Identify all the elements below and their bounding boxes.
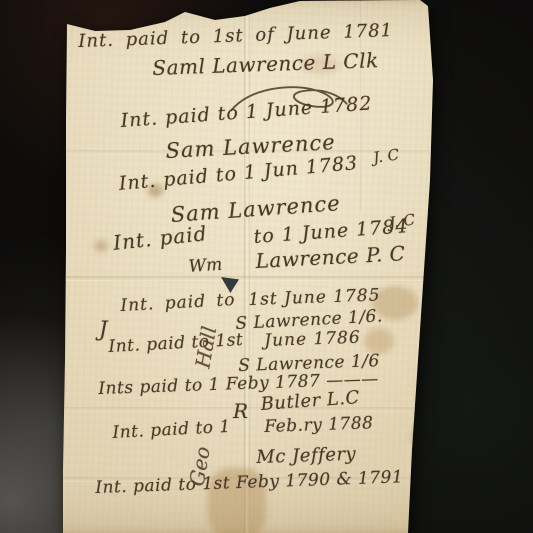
initials-jc-1782: J. C (372, 145, 400, 166)
fold-crease-vertical (244, 0, 250, 533)
entry-1785-line-left: Int. paid to (120, 290, 236, 316)
stain-blot (412, 424, 438, 450)
fold-crease-horizontal-2 (63, 276, 433, 281)
entry-1786-line-left: Int. paid to 1st (108, 330, 244, 357)
entry-1788-line-left: Int. paid to 1 (112, 417, 231, 443)
vertical-note-hall: Hall (190, 324, 221, 370)
manuscript-paper: Int. paid to 1st of June 1781 Saml Lawre… (0, 0, 533, 533)
stray-letter-j: J (99, 317, 107, 341)
signature-jeffery-1788: Mc Jeffery (256, 444, 357, 468)
entry-1781-line: Int. paid to 1st of June 1781 (78, 20, 393, 52)
entry-1785-line-right: 1st June 1785 (248, 285, 381, 310)
initial-r-1787: R (233, 399, 248, 423)
entry-1786-line-right: June 1786 (264, 328, 361, 351)
entry-1784-line-left: Int. paid (112, 221, 208, 255)
entry-1790-1791-line: Int. paid to 1st Feby 1790 & 1791 (95, 467, 404, 498)
signature-lawrence-1781: Saml Lawrence L Clk (152, 48, 379, 80)
entry-1788-line-right: Feb.ry 1788 (264, 413, 374, 437)
stain-blot (94, 240, 108, 252)
signature-wm-1784: Wm (188, 255, 223, 277)
manuscript-paper-wrapper: Int. paid to 1st of June 1781 Saml Lawre… (0, 0, 533, 533)
